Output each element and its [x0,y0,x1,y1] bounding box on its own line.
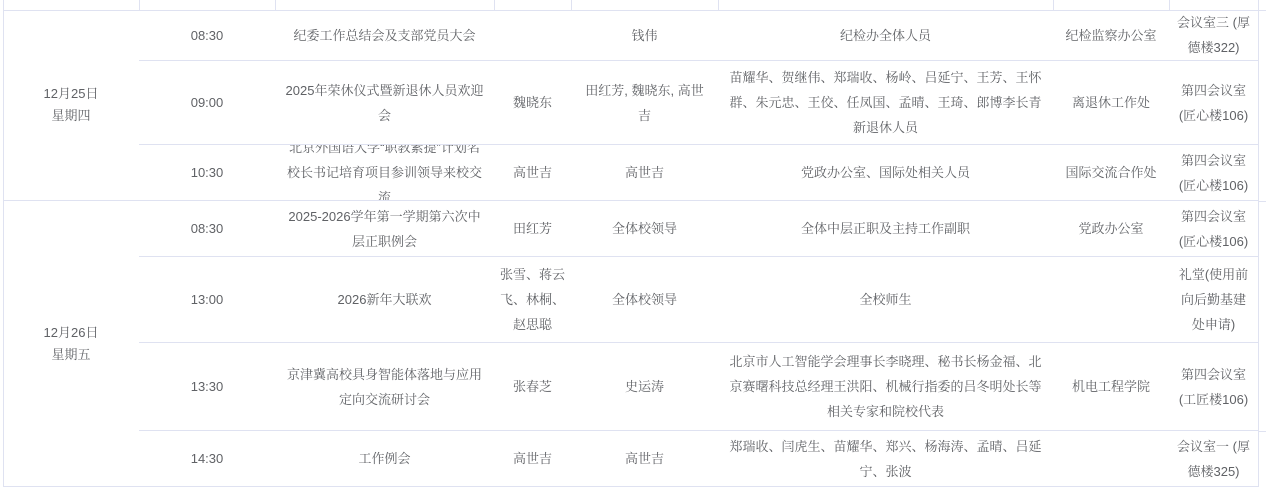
cell-time: 13:00 [139,257,276,343]
cell-organizer: 纪检监察办公室 [1053,10,1170,61]
location-text: 第四会议室(匠心楼106) [1175,148,1252,198]
cell-time: 08:30 [139,10,276,61]
cell-participants: 全体中层正职及主持工作副职 [718,201,1054,257]
cell-meeting: 2026新年大联欢 [275,257,495,343]
cell-participants: 北京市人工智能学会理事长李晓理、秘书长杨金福、北京赛曙科技总经理王洪阳、机械行指… [718,343,1054,431]
location-text: 会议室一 (厚德楼325) [1175,434,1252,484]
grid-line-vertical [494,0,495,10]
time-text: 10:30 [191,160,224,185]
time-text: 13:00 [191,287,224,312]
cell-host: 张雪、蒋云飞、林桐、赵思聪 [494,257,572,343]
cell-meeting: 工作例会 [275,431,495,487]
meeting-text: 北京外国语大学“职教素提”计划名校长书记培育项目参训领导来校交流 [283,145,486,201]
cell-meeting: 北京外国语大学“职教素提”计划名校长书记培育项目参训领导来校交流 [275,145,495,201]
host-text: 张雪、蒋云飞、林桐、赵思聪 [498,262,567,337]
cell-time: 10:30 [139,145,276,201]
cell-time: 08:30 [139,201,276,257]
cell-time: 13:30 [139,343,276,431]
cell-location: 会议室一 (厚德楼325) [1169,431,1259,487]
date-text: 12月25日 [44,83,99,105]
cell-location: 第四会议室(匠心楼106) [1169,61,1259,145]
cell-attending_leaders: 田红芳, 魏晓东, 高世吉 [571,61,719,145]
meeting-text: 工作例会 [358,446,410,471]
cell-attending_leaders: 史运涛 [571,343,719,431]
grid-line-vertical [718,0,719,10]
location-text: 第四会议室(匠心楼106) [1175,204,1252,254]
grid-line-vertical [1053,0,1054,10]
meeting-text: 京津冀高校具身智能体落地与应用定向交流研讨会 [283,362,486,412]
meeting-text: 2025-2026学年第一学期第六次中层正职例会 [283,204,486,254]
cell-participants: 党政办公室、国际处相关人员 [718,145,1054,201]
cell-organizer [1053,257,1170,343]
cell-meeting: 2025-2026学年第一学期第六次中层正职例会 [275,201,495,257]
cell-location: 会议室三 (厚德楼322) [1169,10,1259,61]
location-text: 礼堂(使用前向后勤基建处申请) [1175,262,1252,337]
cell-location: 第四会议室(工匠楼106) [1169,343,1259,431]
cell-host: 高世吉 [494,145,572,201]
organizer-text: 纪检监察办公室 [1065,23,1156,48]
time-text: 08:30 [191,23,224,48]
table-left-border [3,0,4,487]
time-text: 08:30 [191,216,224,241]
time-text: 09:00 [191,90,224,115]
cell-attending_leaders: 全体校领导 [571,257,719,343]
host-text: 张春芝 [513,374,552,399]
organizer-text: 党政办公室 [1078,216,1143,241]
location-text: 会议室三 (厚德楼322) [1175,10,1252,60]
organizer-text: 离退休工作处 [1072,90,1150,115]
cell-meeting: 京津冀高校具身智能体落地与应用定向交流研讨会 [275,343,495,431]
grid-line-horizontal [3,10,1266,11]
attending_leaders-text: 钱伟 [631,23,657,48]
location-text: 第四会议室(工匠楼106) [1175,362,1252,412]
weekday-text: 星期四 [51,105,90,127]
attending_leaders-text: 高世吉 [625,160,664,185]
date-cell-group-2: 12月26日星期五 [3,201,140,487]
participants-text: 北京市人工智能学会理事长李晓理、秘书长杨金福、北京赛曙科技总经理王洪阳、机械行指… [726,349,1045,424]
cell-participants: 郑瑞收、闫虎生、苗耀华、郑兴、杨海涛、孟晴、吕延宁、张波 [718,431,1054,487]
gutter-tick [1258,201,1266,202]
organizer-text: 国际交流合作处 [1065,160,1156,185]
time-text: 14:30 [191,446,224,471]
cell-time: 14:30 [139,431,276,487]
host-text: 高世吉 [513,446,552,471]
cell-organizer: 国际交流合作处 [1053,145,1170,201]
grid-line-vertical [1258,0,1259,10]
meeting-text: 纪委工作总结会及支部党员大会 [293,23,475,48]
participants-text: 党政办公室、国际处相关人员 [801,160,970,185]
cell-organizer: 离退休工作处 [1053,61,1170,145]
cell-location: 第四会议室(匠心楼106) [1169,145,1259,201]
date-text: 12月26日 [44,322,99,344]
cell-host: 魏晓东 [494,61,572,145]
grid-line-vertical [571,0,572,10]
date-cell-group-1: 12月25日星期四 [3,10,140,201]
cell-host: 张春芝 [494,343,572,431]
attending_leaders-text: 全体校领导 [612,287,677,312]
cell-participants: 全校师生 [718,257,1054,343]
cell-attending_leaders: 高世吉 [571,145,719,201]
grid-line-vertical [1169,0,1170,10]
location-text: 第四会议室(匠心楼106) [1175,78,1252,128]
schedule-table: 12月25日星期四12月26日星期五08:30纪委工作总结会及支部党员大会钱伟纪… [0,0,1266,490]
host-text: 田红芳 [513,216,552,241]
cell-location: 第四会议室(匠心楼106) [1169,201,1259,257]
cell-host: 田红芳 [494,201,572,257]
meeting-text: 2025年荣休仪式暨新退休人员欢迎会 [283,78,486,128]
cell-participants: 苗耀华、贺继伟、郑瑞收、杨岭、吕延宁、王芳、王怀群、朱元忠、王佼、任凤国、孟晴、… [718,61,1054,145]
cell-host: 高世吉 [494,431,572,487]
attending_leaders-text: 田红芳, 魏晓东, 高世吉 [579,78,710,128]
attending_leaders-text: 全体校领导 [612,216,677,241]
weekday-text: 星期五 [51,344,90,366]
participants-text: 郑瑞收、闫虎生、苗耀华、郑兴、杨海涛、孟晴、吕延宁、张波 [726,434,1045,484]
participants-text: 全校师生 [859,287,911,312]
participants-text: 苗耀华、贺继伟、郑瑞收、杨岭、吕延宁、王芳、王怀群、朱元忠、王佼、任凤国、孟晴、… [726,65,1045,140]
cell-organizer: 党政办公室 [1053,201,1170,257]
cell-organizer [1053,431,1170,487]
participants-text: 纪检办全体人员 [840,23,931,48]
host-text: 高世吉 [513,160,552,185]
grid-line-vertical [139,0,140,10]
cell-participants: 纪检办全体人员 [718,10,1054,61]
host-text: 魏晓东 [513,90,552,115]
cell-organizer: 机电工程学院 [1053,343,1170,431]
meeting-text: 2026新年大联欢 [338,287,432,312]
cell-attending_leaders: 全体校领导 [571,201,719,257]
cell-attending_leaders: 钱伟 [571,10,719,61]
grid-line-vertical [275,0,276,10]
cell-host [494,10,572,61]
organizer-text: 机电工程学院 [1072,374,1150,399]
attending_leaders-text: 高世吉 [625,446,664,471]
cell-meeting: 2025年荣休仪式暨新退休人员欢迎会 [275,61,495,145]
gutter-tick [1258,431,1266,432]
cell-location: 礼堂(使用前向后勤基建处申请) [1169,257,1259,343]
time-text: 13:30 [191,374,224,399]
attending_leaders-text: 史运涛 [625,374,664,399]
participants-text: 全体中层正职及主持工作副职 [801,216,970,241]
cell-time: 09:00 [139,61,276,145]
cell-meeting: 纪委工作总结会及支部党员大会 [275,10,495,61]
cell-attending_leaders: 高世吉 [571,431,719,487]
